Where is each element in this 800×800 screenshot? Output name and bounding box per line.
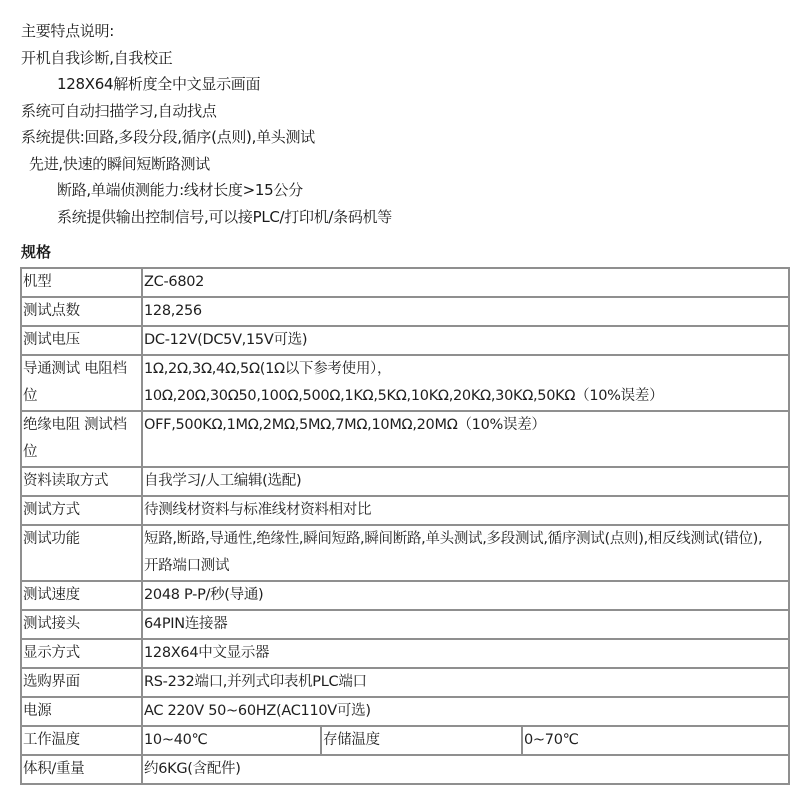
spec-label: 显示方式 <box>21 639 142 668</box>
spec-label: 绝缘电阻 测试档位 <box>21 411 142 467</box>
spec-value: ZC-6802 <box>142 268 789 297</box>
spec-label-work-temp: 工作温度 <box>21 726 142 755</box>
feature-line: 断路,单端侦测能力:线材长度>15公分 <box>21 177 791 204</box>
table-row: 测试电压 DC-12V(DC5V,15V可选) <box>21 326 789 355</box>
spec-value-line: 开路端口测试 <box>144 553 787 580</box>
spec-value: 128X64中文显示器 <box>142 639 789 668</box>
table-row: 导通测试 电阻档位 1Ω,2Ω,3Ω,4Ω,5Ω(1Ω以下参考使用）， 10Ω,… <box>21 355 789 411</box>
feature-line: 先进,快速的瞬间短断路测试 <box>21 151 791 178</box>
spec-value-line: 10Ω,20Ω,30Ω50,100Ω,500Ω,1KΩ,5KΩ,10KΩ,20K… <box>144 383 787 410</box>
spec-value: AC 220V 50~60HZ(AC110V可选) <box>142 697 789 726</box>
spec-label: 选购界面 <box>21 668 142 697</box>
spec-value-line: 1Ω,2Ω,3Ω,4Ω,5Ω(1Ω以下参考使用）， <box>144 356 787 383</box>
spec-value: 短路,断路,导通性,绝缘性,瞬间短路,瞬间断路,单头测试,多段测试,循序测试(点… <box>142 525 789 581</box>
feature-line: 128X64解析度全中文显示画面 <box>21 71 791 98</box>
table-row: 测试点数 128,256 <box>21 297 789 326</box>
spec-label: 机型 <box>21 268 142 297</box>
feature-line: 系统提供输出控制信号,可以接PLC/打印机/条码机等 <box>21 204 791 231</box>
spec-value-storage-temp: 0~70℃ <box>522 726 789 755</box>
spec-table: 机型 ZC-6802 测试点数 128,256 测试电压 DC-12V(DC5V… <box>20 267 790 785</box>
table-row: 显示方式 128X64中文显示器 <box>21 639 789 668</box>
spec-value: 2048 P-P/秒(导通) <box>142 581 789 610</box>
feature-line: 系统提供:回路,多段分段,循序(点则),单头测试 <box>21 124 791 151</box>
table-row: 电源 AC 220V 50~60HZ(AC110V可选) <box>21 697 789 726</box>
spec-label: 测试速度 <box>21 581 142 610</box>
spec-label: 测试功能 <box>21 525 142 581</box>
spec-label: 测试方式 <box>21 496 142 525</box>
spec-value: DC-12V(DC5V,15V可选) <box>142 326 789 355</box>
spec-value: 待测线材资料与标准线材资料相对比 <box>142 496 789 525</box>
table-row: 资料读取方式 自我学习/人工编辑(选配) <box>21 467 789 496</box>
spec-label: 资料读取方式 <box>21 467 142 496</box>
spec-value-line <box>144 439 787 466</box>
spec-value-work-temp: 10~40℃ <box>142 726 321 755</box>
table-row: 机型 ZC-6802 <box>21 268 789 297</box>
spec-value: 64PIN连接器 <box>142 610 789 639</box>
spec-value-line: OFF,500KΩ,1MΩ,2MΩ,5MΩ,7MΩ,10MΩ,20MΩ（10%误… <box>144 412 787 439</box>
spec-value: 自我学习/人工编辑(选配) <box>142 467 789 496</box>
features-title: 主要特点说明: <box>21 18 791 45</box>
table-row-temperature: 工作温度 10~40℃ 存储温度 0~70℃ <box>21 726 789 755</box>
table-row: 测试接头 64PIN连接器 <box>21 610 789 639</box>
table-row: 测试功能 短路,断路,导通性,绝缘性,瞬间短路,瞬间断路,单头测试,多段测试,循… <box>21 525 789 581</box>
spec-label: 测试电压 <box>21 326 142 355</box>
spec-label: 测试接头 <box>21 610 142 639</box>
spec-value: 约6KG(含配件) <box>142 755 789 784</box>
spec-label: 体积/重量 <box>21 755 142 784</box>
feature-line: 系统可自动扫描学习,自动找点 <box>21 98 791 125</box>
spec-value: OFF,500KΩ,1MΩ,2MΩ,5MΩ,7MΩ,10MΩ,20MΩ（10%误… <box>142 411 789 467</box>
spec-heading: 规格 <box>21 241 51 263</box>
table-row: 选购界面 RS-232端口,并列式印表机PLC端口 <box>21 668 789 697</box>
spec-value-line: 短路,断路,导通性,绝缘性,瞬间短路,瞬间断路,单头测试,多段测试,循序测试(点… <box>144 526 787 553</box>
spec-value: 1Ω,2Ω,3Ω,4Ω,5Ω(1Ω以下参考使用）， 10Ω,20Ω,30Ω50,… <box>142 355 789 411</box>
table-row: 体积/重量 约6KG(含配件) <box>21 755 789 784</box>
spec-label: 导通测试 电阻档位 <box>21 355 142 411</box>
table-row: 测试方式 待测线材资料与标准线材资料相对比 <box>21 496 789 525</box>
table-row: 绝缘电阻 测试档位 OFF,500KΩ,1MΩ,2MΩ,5MΩ,7MΩ,10MΩ… <box>21 411 789 467</box>
spec-value: 128,256 <box>142 297 789 326</box>
table-row: 测试速度 2048 P-P/秒(导通) <box>21 581 789 610</box>
spec-label: 测试点数 <box>21 297 142 326</box>
spec-label: 电源 <box>21 697 142 726</box>
spec-label-storage-temp: 存储温度 <box>321 726 522 755</box>
features-section: 主要特点说明: 开机自我诊断,自我校正 128X64解析度全中文显示画面 系统可… <box>21 18 791 230</box>
spec-value: RS-232端口,并列式印表机PLC端口 <box>142 668 789 697</box>
feature-line: 开机自我诊断,自我校正 <box>21 45 791 72</box>
